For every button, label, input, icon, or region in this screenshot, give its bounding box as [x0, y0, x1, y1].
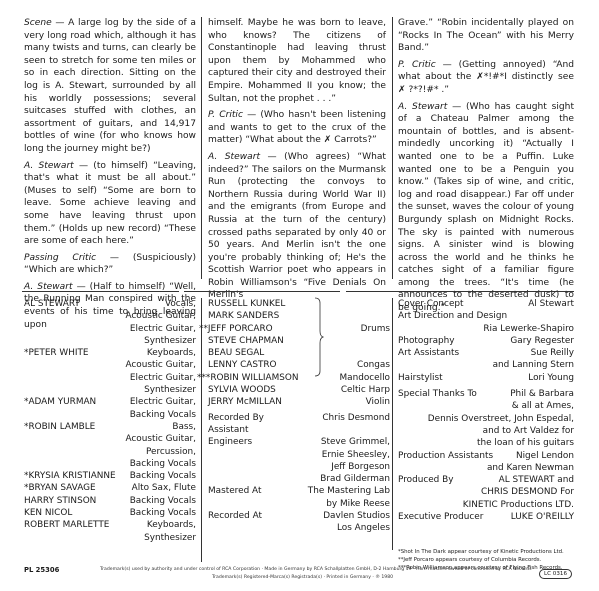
drummers-list: RUSSELL KUNKELMARK SANDERS**JEFF PORCARO…: [208, 298, 390, 359]
recording-row: Recorded AtDavlen Studios: [208, 510, 390, 522]
musician-row: Synthesizer: [24, 335, 196, 347]
section-divider: [22, 291, 179, 292]
drummer-row: MARK SANDERS: [208, 310, 390, 322]
catalog-number: PL 25306: [24, 566, 59, 574]
speaker: P. Critic: [208, 110, 243, 120]
musician-row: ***ROBIN WILLIAMSONMandocello: [197, 372, 390, 384]
recording-row: Jeff Borgeson: [208, 461, 390, 473]
legal-text-2: Trademark(s) Registered-Marca(s) Registr…: [212, 574, 393, 581]
label-code-badge: LC 0316: [539, 569, 572, 579]
musician-row: Electric Guitar,: [24, 323, 196, 335]
musician-row: Acoustic Guitar,: [24, 433, 196, 445]
recording-row: Assistant: [208, 424, 390, 436]
recording-row: Mastered AtThe Mastering Lab: [208, 485, 390, 497]
musician-row: *PETER WHITEKeyboards,: [24, 347, 196, 359]
column-divider: [201, 298, 202, 562]
story-paragraph: P. Critic — (Who hasn't been listening a…: [208, 109, 386, 147]
story-paragraph: Scene — A large log by the side of a ver…: [24, 17, 196, 156]
art-credits: Cover ConceptAl Stewart Art Direction an…: [398, 298, 574, 523]
musician-row: *ADAM YURMANElectric Guitar,: [24, 396, 196, 408]
recording-row: by Mike Reese: [208, 498, 390, 510]
story-column-1: Scene — A large log by the side of a ver…: [24, 17, 196, 335]
recording-row: Recorded ByChris Desmond: [208, 412, 390, 424]
musician-row: Electric Guitar,: [24, 372, 196, 384]
drummer-row: **JEFF PORCARODrums: [199, 323, 390, 335]
story-paragraph: A. Stewart — (Who agrees) “What indeed?”…: [208, 151, 386, 302]
session-credits: RUSSELL KUNKELMARK SANDERS**JEFF PORCARO…: [208, 298, 390, 535]
drummer-row: STEVE CHAPMAN: [208, 335, 390, 347]
musician-row: Acoustic Guitar,: [24, 310, 196, 322]
recording-credits: Recorded ByChris DesmondAssistantEnginee…: [208, 412, 390, 535]
musician-row: SYLVIA WOODSCeltic Harp: [208, 384, 390, 396]
story-paragraph: P. Critic — (Getting annoyed) “And what …: [398, 59, 574, 97]
column-divider: [201, 17, 202, 279]
section-divider: [184, 291, 340, 292]
drummer-row: BEAU SEGAL: [208, 347, 390, 359]
recording-row: Los Angeles: [208, 522, 390, 534]
musicians-list: AL STEWARTVocals,Acoustic Guitar,Electri…: [24, 298, 196, 544]
musician-row: HARRY STINSONBacking Vocals: [24, 495, 196, 507]
speaker: Passing Critic: [24, 253, 96, 263]
musician-row: AL STEWARTVocals,: [24, 298, 196, 310]
musician-row: *KRYSIA KRISTIANNEBacking Vocals: [24, 470, 196, 482]
musician-row: ROBERT MARLETTEKeyboards,: [24, 519, 196, 531]
legal-text: Trademark(s) used by authority and under…: [100, 566, 534, 573]
recording-row: Ernie Sheesley,: [208, 449, 390, 461]
brace-icon: [314, 297, 324, 377]
drummer-row: RUSSELL KUNKEL: [208, 298, 390, 310]
musician-row: LENNY CASTROCongas: [208, 359, 390, 371]
musician-row: *BRYAN SAVAGEAlto Sax, Flute: [24, 482, 196, 494]
musician-row: Synthesizer: [24, 384, 196, 396]
speaker: A. Stewart: [24, 161, 74, 171]
musician-row: Percussion,: [24, 446, 196, 458]
speaker: A. Stewart: [208, 152, 260, 162]
story-column-3: Grave.” “Robin incidentally played on “R…: [398, 17, 574, 319]
section-divider: [346, 291, 574, 292]
story-paragraph: Passing Critic — (Suspiciously) “Which a…: [24, 252, 196, 277]
other-musicians: LENNY CASTROCongas***ROBIN WILLIAMSONMan…: [208, 359, 390, 408]
musician-row: Synthesizer: [24, 532, 196, 544]
story-paragraph: Grave.” “Robin incidentally played on “R…: [398, 17, 574, 55]
story-column-2: himself. Maybe he was born to leave, who…: [208, 17, 386, 306]
speaker: A. Stewart: [398, 102, 447, 112]
recording-row: Brad Gilderman: [208, 473, 390, 485]
musician-row: Backing Vocals: [24, 458, 196, 470]
story-paragraph: himself. Maybe he was born to leave, who…: [208, 17, 386, 105]
recording-row: EngineersSteve Grimmel,: [208, 436, 390, 448]
musician-row: KEN NICOLBacking Vocals: [24, 507, 196, 519]
story-paragraph: A. Stewart — (to himself) “Leaving, that…: [24, 160, 196, 248]
column-divider: [392, 298, 393, 550]
musician-row: Backing Vocals: [24, 409, 196, 421]
speaker: P. Critic: [398, 60, 436, 70]
musician-row: Acoustic Guitar,: [24, 359, 196, 371]
story-paragraph: A. Stewart — (Who has caught sight of a …: [398, 101, 574, 315]
speaker: Scene: [24, 18, 52, 28]
column-divider: [392, 17, 393, 279]
musician-row: *ROBIN LAMBLEBass,: [24, 421, 196, 433]
musician-row: JERRY McMILLANViolin: [208, 396, 390, 408]
